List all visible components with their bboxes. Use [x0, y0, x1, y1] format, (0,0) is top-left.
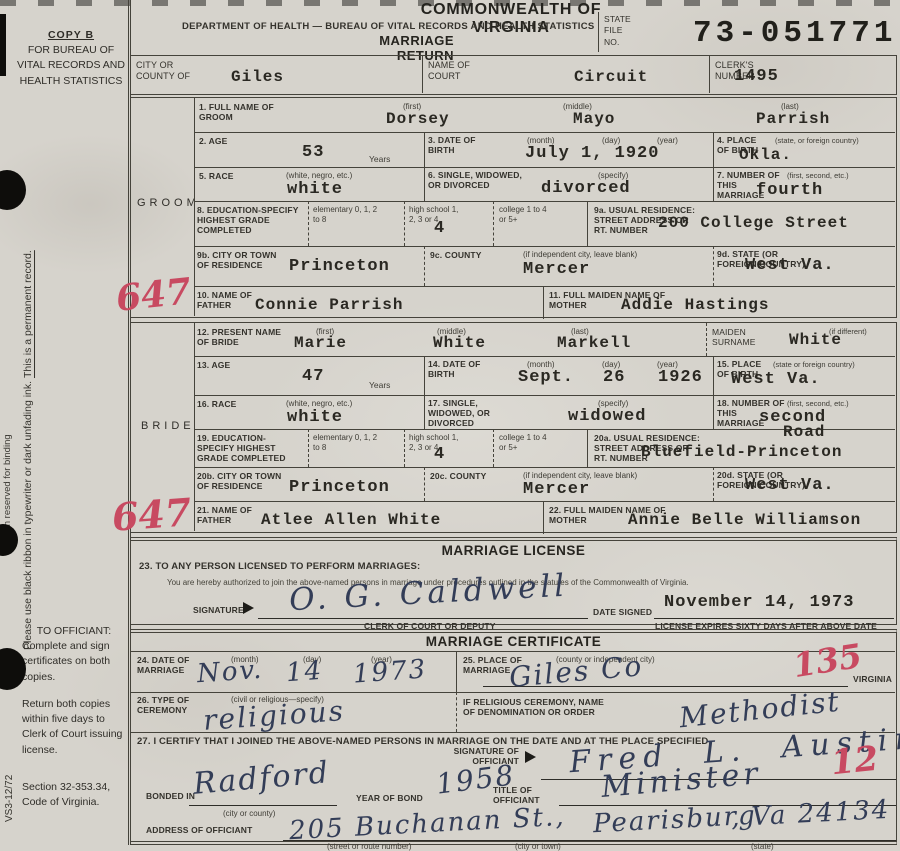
- g-county-value: Mercer: [523, 260, 590, 279]
- b-row-line-4: [194, 467, 895, 468]
- b-race-hint: (white, negro, etc.): [286, 399, 352, 408]
- g-city-value: Princeton: [289, 257, 390, 276]
- officiant-address-label: ADDRESS OF OFFICIANT: [146, 825, 252, 835]
- b-dob-label: 14. DATE OF BIRTH: [428, 359, 486, 379]
- copy-for-text: FOR BUREAU OF VITAL RECORDS AND HEALTH S…: [14, 43, 128, 89]
- court-row-divider-2: [709, 56, 710, 93]
- b-race-label: 16. RACE: [197, 399, 236, 409]
- b-pob-value: West Va.: [731, 370, 821, 389]
- officiant-instructions: TO OFFICIANT: Complete and sign certific…: [22, 624, 126, 810]
- g-state-value: West Va.: [745, 256, 835, 275]
- state-file-number: 73-051771: [693, 16, 896, 51]
- b-maiden-value: White: [789, 331, 842, 349]
- g-edu-d4: [587, 201, 588, 246]
- cert-date-day: 14: [285, 656, 324, 689]
- g-first-value: Dorsey: [386, 110, 450, 128]
- g-age-value: 53: [302, 143, 324, 162]
- b-marrnum-hint: (first, second, etc.): [787, 399, 849, 408]
- g-col-b: [713, 132, 714, 201]
- g-parent-d: [543, 286, 544, 319]
- b-edu-d2: [404, 429, 405, 467]
- b-col-b: [713, 356, 714, 429]
- cert-title-rule: [131, 651, 895, 652]
- b-first-value: Marie: [294, 334, 347, 352]
- officiant-line1: Complete and sign certificates on both c…: [22, 639, 126, 685]
- b-father-value: Atlee Allen White: [261, 511, 441, 529]
- court-row-divider-1: [422, 56, 423, 93]
- b-maiden-d: [706, 323, 707, 356]
- b-age-unit: Years: [369, 380, 390, 390]
- b-edu-d4: [587, 429, 588, 467]
- officiant-heading: TO OFFICIANT:: [22, 624, 126, 639]
- b-city-label: 20b. CITY OR TOWN OF RESIDENCE: [197, 471, 285, 491]
- cert-col-d2: [456, 692, 457, 732]
- b-dob-month: Sept.: [518, 368, 574, 387]
- g-county-label: 9c. COUNTY: [430, 250, 482, 260]
- scan-edge-bar: [0, 14, 6, 76]
- g-dob-label: 3. DATE OF BIRTH: [428, 135, 486, 155]
- jurisdiction-value: Giles: [231, 68, 284, 86]
- b-age-value: 47: [302, 367, 324, 386]
- groom-section: 1. FULL NAME OF GROOM (first) Dorsey (mi…: [130, 97, 897, 318]
- bonded-hint: (city or county): [223, 809, 275, 818]
- b-county-value: Mercer: [523, 480, 590, 499]
- punch-hole-middle: [0, 524, 18, 556]
- groom-label-col-divider: [194, 98, 195, 316]
- date-signed-label: DATE SIGNED: [593, 607, 652, 617]
- bond-year-label: YEAR OF BOND: [356, 793, 423, 803]
- g-race-label: 5. RACE: [199, 171, 234, 181]
- copy-label: COPY B: [14, 28, 128, 43]
- g-race-value: white: [287, 180, 343, 199]
- state-file-label: STATE FILE NO.: [604, 14, 638, 48]
- permanent-record-text: This is a permanent record.: [22, 250, 34, 378]
- groom-row-line-2: [194, 167, 895, 168]
- g-col-a: [424, 132, 425, 201]
- ink-instruction-text: Please use black ribbon in typewriter or…: [22, 381, 34, 650]
- b-edu-value: 4: [434, 445, 445, 464]
- b-last-value: Markell: [557, 334, 631, 352]
- g-name-label: 1. FULL NAME OF GROOM: [199, 102, 279, 122]
- g-edu-d3: [493, 201, 494, 246]
- g-race-hint: (white, negro, etc.): [286, 171, 352, 180]
- groom-row-line-5: [194, 286, 895, 287]
- b-marital-value: widowed: [568, 407, 646, 426]
- g-marrnum-hint: (first, second, etc.): [787, 171, 849, 180]
- b-res-d2: [713, 467, 714, 501]
- bonded-line: [189, 805, 337, 806]
- b-county-label: 20c. COUNTY: [430, 471, 486, 481]
- department-line: DEPARTMENT OF HEALTH — BUREAU OF VITAL R…: [182, 21, 595, 32]
- b-row-line-1: [194, 356, 895, 357]
- bonded-label: BONDED IN: [146, 791, 195, 801]
- g-res-d1: [424, 246, 425, 286]
- g-father-label: 10. NAME OF FATHER: [197, 290, 255, 310]
- groom-red-code: 647: [114, 270, 193, 320]
- cert-ceremony-value: religious: [202, 694, 346, 737]
- state-file-divider: [598, 12, 599, 52]
- license-addressee: 23. TO ANY PERSON LICENSED TO PERFORM MA…: [139, 561, 420, 572]
- copy-designation-block: COPY B FOR BUREAU OF VITAL RECORDS AND H…: [14, 28, 128, 89]
- signature-arrow-icon: [243, 602, 254, 614]
- b-edu-d3: [493, 429, 494, 467]
- b-pob-hint: (state or foreign country): [773, 360, 855, 369]
- b-state-value: West Va.: [745, 476, 835, 495]
- b-maiden-label: MAIDEN SURNAME: [712, 327, 770, 347]
- scanned-marriage-return: Margin reserved for binding Please use b…: [0, 0, 900, 851]
- b-row-line-5: [194, 501, 895, 502]
- g-father-value: Connie Parrish: [255, 296, 403, 314]
- certificate-title: MARRIAGE CERTIFICATE: [131, 634, 896, 649]
- g-last-value: Parrish: [756, 110, 830, 128]
- license-signature-line: [258, 618, 588, 619]
- cert-date-year: 1973: [352, 654, 428, 689]
- b-edu-d1: [308, 429, 309, 467]
- g-middle-value: Mayo: [573, 110, 615, 128]
- b-street-value-line2: Bluefield-Princeton: [641, 443, 842, 461]
- binding-margin-note: Margin reserved for binding: [2, 320, 13, 550]
- g-age-unit: Years: [369, 154, 390, 164]
- b-marital-label: 17. SINGLE, WIDOWED, OR DIVORCED: [428, 398, 523, 428]
- bride-label-col-divider: [194, 323, 195, 531]
- g-marrnum-value: fourth: [756, 181, 823, 200]
- g-street-value: 200 College Street: [658, 214, 849, 232]
- officiant-line2: Return both copies within five days to C…: [22, 697, 126, 758]
- b-city-value: Princeton: [289, 478, 390, 497]
- jurisdiction-label: CITY OR COUNTY OF: [136, 60, 206, 81]
- bonded-value: Radford: [192, 755, 332, 802]
- b-parent-d: [543, 501, 544, 534]
- cert-place-state-label: VIRGINIA: [853, 674, 892, 684]
- court-row: CITY OR COUNTY OF Giles NAME OF COURT Ci…: [130, 55, 897, 95]
- cert-ceremony-label: 26. TYPE OF CEREMONY: [137, 695, 203, 715]
- cert-col-d1: [456, 651, 457, 692]
- bride-red-code: 647: [111, 489, 193, 539]
- address-city-hint: (city or town): [515, 842, 561, 851]
- b-name-label: 12. PRESENT NAME OF BRIDE: [197, 327, 282, 347]
- groom-row-line-1: [194, 132, 895, 133]
- g-edu-label: 8. EDUCATION-SPECIFY HIGHEST GRADE COMPL…: [197, 205, 301, 235]
- g-edu-college: college 1 to 4 or 5+: [499, 205, 554, 226]
- b-edu-college: college 1 to 4 or 5+: [499, 433, 554, 454]
- b-middle-value: White: [433, 334, 486, 352]
- g-pob-hint: (state, or foreign country): [775, 136, 859, 145]
- g-mother-value: Addie Hastings: [621, 296, 769, 314]
- license-title: MARRIAGE LICENSE: [131, 543, 896, 558]
- court-value: Circuit: [574, 68, 648, 86]
- bride-section: 12. PRESENT NAME OF BRIDE (first) Marie …: [130, 322, 897, 533]
- b-street-value-line1: Road: [783, 423, 825, 441]
- g-pob-value: Okla.: [739, 146, 792, 164]
- b-race-value: white: [287, 408, 343, 427]
- clerk-value: 1495: [734, 67, 779, 86]
- g-edu-value: 4: [434, 219, 445, 238]
- license-signature-label: SIGNATURE: [193, 605, 244, 615]
- cert-denomination-label: IF RELIGIOUS CEREMONY, NAME OF DENOMINAT…: [463, 697, 613, 717]
- groom-row-line-3: [194, 201, 895, 202]
- g-edu-d1: [308, 201, 309, 246]
- b-col-a: [424, 356, 425, 429]
- b-res-d1: [424, 467, 425, 501]
- cert-date-month: Nov.: [196, 655, 264, 690]
- g-edu-elementary: elementary 0, 1, 2 to 8: [313, 205, 383, 226]
- g-marital-value: divorced: [541, 179, 631, 198]
- officiant-red-code: 12: [829, 739, 880, 784]
- cert-date-label: 24. DATE OF MARRIAGE: [137, 655, 203, 675]
- g-dob-year-hint: (year): [657, 136, 678, 145]
- court-label: NAME OF COURT: [428, 60, 488, 81]
- g-city-label: 9b. CITY OR TOWN OF RESIDENCE: [197, 250, 285, 270]
- groom-row-line-4: [194, 246, 895, 247]
- b-row-line-2: [194, 395, 895, 396]
- license-section: MARRIAGE LICENSE 23. TO ANY PERSON LICEN…: [130, 537, 897, 625]
- g-dob-value: July 1, 1920: [525, 144, 659, 163]
- b-dob-year: 1926: [658, 368, 703, 387]
- g-marital-label: 6. SINGLE, WIDOWED, OR DIVORCED: [428, 170, 523, 190]
- statute-reference: Section 32-353.34, Code of Virginia.: [22, 780, 126, 810]
- form-code: VS3-12/72: [4, 742, 15, 822]
- g-res-d2: [713, 246, 714, 286]
- g-age-label: 2. AGE: [199, 136, 227, 146]
- g-edu-d2: [404, 201, 405, 246]
- license-signature-value: O. G. Caldwell: [288, 568, 569, 619]
- b-county-hint: (if independent city, leave blank): [523, 471, 637, 480]
- officiant-signature-arrow-icon: [525, 751, 536, 763]
- b-edu-label: 19. EDUCATION-SPECIFY HIGHEST GRADE COMP…: [197, 433, 301, 463]
- b-edu-elementary: elementary 0, 1, 2 to 8: [313, 433, 383, 454]
- b-dob-day: 26: [603, 368, 625, 387]
- certificate-section: MARRIAGE CERTIFICATE 24. DATE OF MARRIAG…: [130, 629, 897, 845]
- b-mother-value: Annie Belle Williamson: [628, 511, 861, 529]
- date-signed-value: November 14, 1973: [664, 593, 854, 612]
- b-age-label: 13. AGE: [197, 360, 230, 370]
- date-signed-line: [654, 618, 894, 619]
- ink-instruction-note: Please use black ribbon in typewriter or…: [22, 155, 34, 650]
- b-father-label: 21. NAME OF FATHER: [197, 505, 255, 525]
- g-county-hint: (if independent city, leave blank): [523, 250, 637, 259]
- address-state-hint: (state): [751, 842, 774, 851]
